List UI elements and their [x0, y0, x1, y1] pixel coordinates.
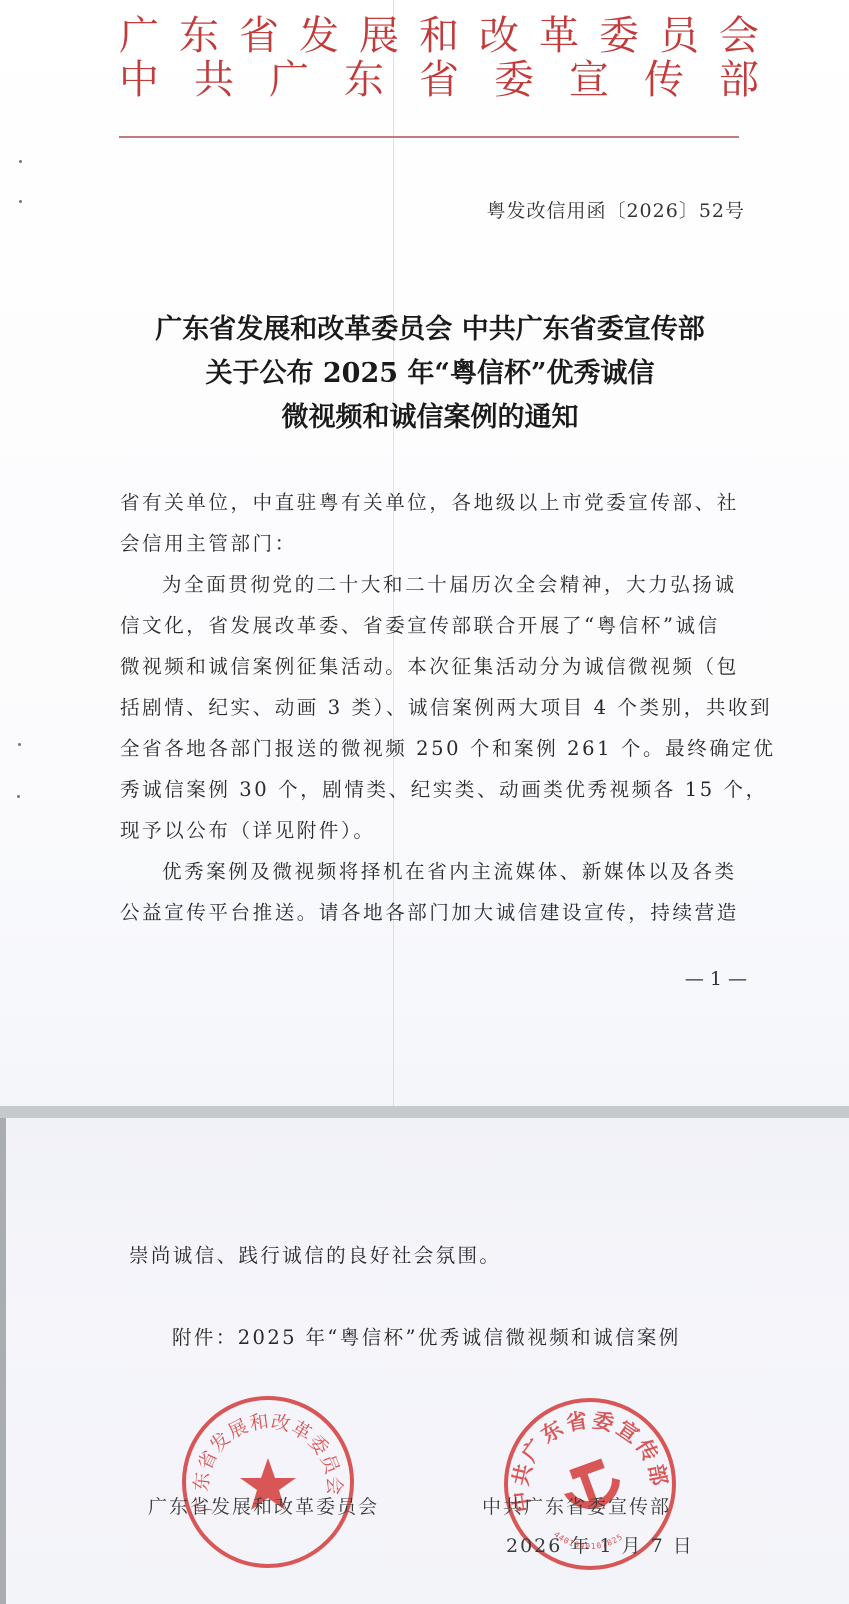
letterhead-char: 广	[269, 58, 309, 102]
letterhead-char: 改	[479, 14, 519, 58]
letterhead-line-2: 中 共 广 东 省 委 宣 传 部	[119, 58, 759, 102]
paragraph-1-line: 全省各地各部门报送的微视频 250 个和案例 261 个。最终确定优	[120, 728, 750, 769]
letterhead-char: 中	[119, 58, 159, 102]
binding-hole-mark	[17, 795, 20, 798]
paragraph-1-line: 微视频和诚信案例征集活动。本次征集活动分为诚信微视频（包	[120, 646, 750, 687]
paragraph-2-line: 公益宣传平台推送。请各地各部门加大诚信建设宣传，持续营造	[120, 892, 750, 933]
letterhead-char: 省	[419, 58, 459, 102]
binding-hole-mark	[19, 200, 22, 203]
document-page-1: 广 东 省 发 展 和 改 革 委 员 会 中 共 广 东 省 委 宣 传 部 …	[0, 0, 849, 1106]
binding-hole-mark	[19, 160, 22, 163]
letterhead-char: 员	[659, 14, 699, 58]
paragraph-1-line: 现予以公布（详见附件）。	[120, 810, 750, 851]
paragraph-1-line: 秀诚信案例 30 个，剧情类、纪实类、动画类优秀视频各 15 个，	[120, 769, 750, 810]
paragraph-1-line: 括剧情、纪实、动画 3 类）、诚信案例两大项目 4 个类别，共收到	[120, 687, 750, 728]
letterhead-char: 部	[719, 58, 759, 102]
letterhead-divider	[119, 136, 739, 138]
page-number: — 1 —	[685, 968, 747, 990]
binding-hole-mark	[18, 743, 21, 746]
salutation-line-1: 省有关单位，中直驻粤有关单位，各地级以上市党委宣传部、社	[120, 482, 750, 523]
letterhead-char: 宣	[569, 58, 609, 102]
letterhead-char: 省	[239, 14, 279, 58]
letterhead-char: 传	[644, 58, 684, 102]
document-number: 粤发改信用函〔2026〕52号	[486, 196, 745, 223]
official-seal-ndrc: 广东省发展和改革委员会	[182, 1396, 354, 1568]
letterhead-line-1: 广 东 省 发 展 和 改 革 委 员 会	[119, 14, 759, 58]
letterhead-char: 共	[194, 58, 234, 102]
continuation-text: 崇尚诚信、践行诚信的良好社会氛围。	[129, 1240, 501, 1268]
attachment-line: 附件：2025 年“粤信杯”优秀诚信微视频和诚信案例	[172, 1322, 681, 1350]
paragraph-1-line: 信文化，省发展改革委、省委宣传部联合开展了“粤信杯”诚信	[120, 605, 750, 646]
signatory-ndrc: 广东省发展和改革委员会	[148, 1492, 379, 1519]
letterhead-char: 发	[299, 14, 339, 58]
signatory-propaganda-dept: 中共广东省委宣传部	[482, 1492, 671, 1519]
seal-ndrc-graphic: 广东省发展和改革委员会	[186, 1400, 350, 1564]
paragraph-1-line: 为全面贯彻党的二十大和二十届历次全会精神，大力弘扬诚	[120, 564, 792, 605]
title-line-1: 广东省发展和改革委员会 中共广东省委宣传部	[100, 308, 760, 352]
title-line-3: 微视频和诚信案例的通知	[100, 396, 760, 440]
letterhead-char: 展	[359, 14, 399, 58]
letterhead-char: 委	[599, 14, 639, 58]
letterhead-char: 广	[119, 14, 159, 58]
letterhead-char: 委	[494, 58, 534, 102]
letterhead-char: 东	[179, 14, 219, 58]
letterhead-char: 东	[344, 58, 384, 102]
salutation-line-2: 会信用主管部门：	[120, 523, 750, 564]
paragraph-2-line: 优秀案例及微视频将择机在省内主流媒体、新媒体以及各类	[120, 851, 792, 892]
letterhead-char: 会	[719, 14, 759, 58]
issue-date: 2026 年 1 月 7 日	[506, 1531, 694, 1558]
letterhead-char: 和	[419, 14, 459, 58]
letterhead-char: 革	[539, 14, 579, 58]
title-line-2: 关于公布 2025 年“粤信杯”优秀诚信	[100, 352, 760, 396]
document-page-2: 崇尚诚信、践行诚信的良好社会氛围。 附件：2025 年“粤信杯”优秀诚信微视频和…	[6, 1118, 849, 1604]
page-separator	[0, 1106, 849, 1118]
